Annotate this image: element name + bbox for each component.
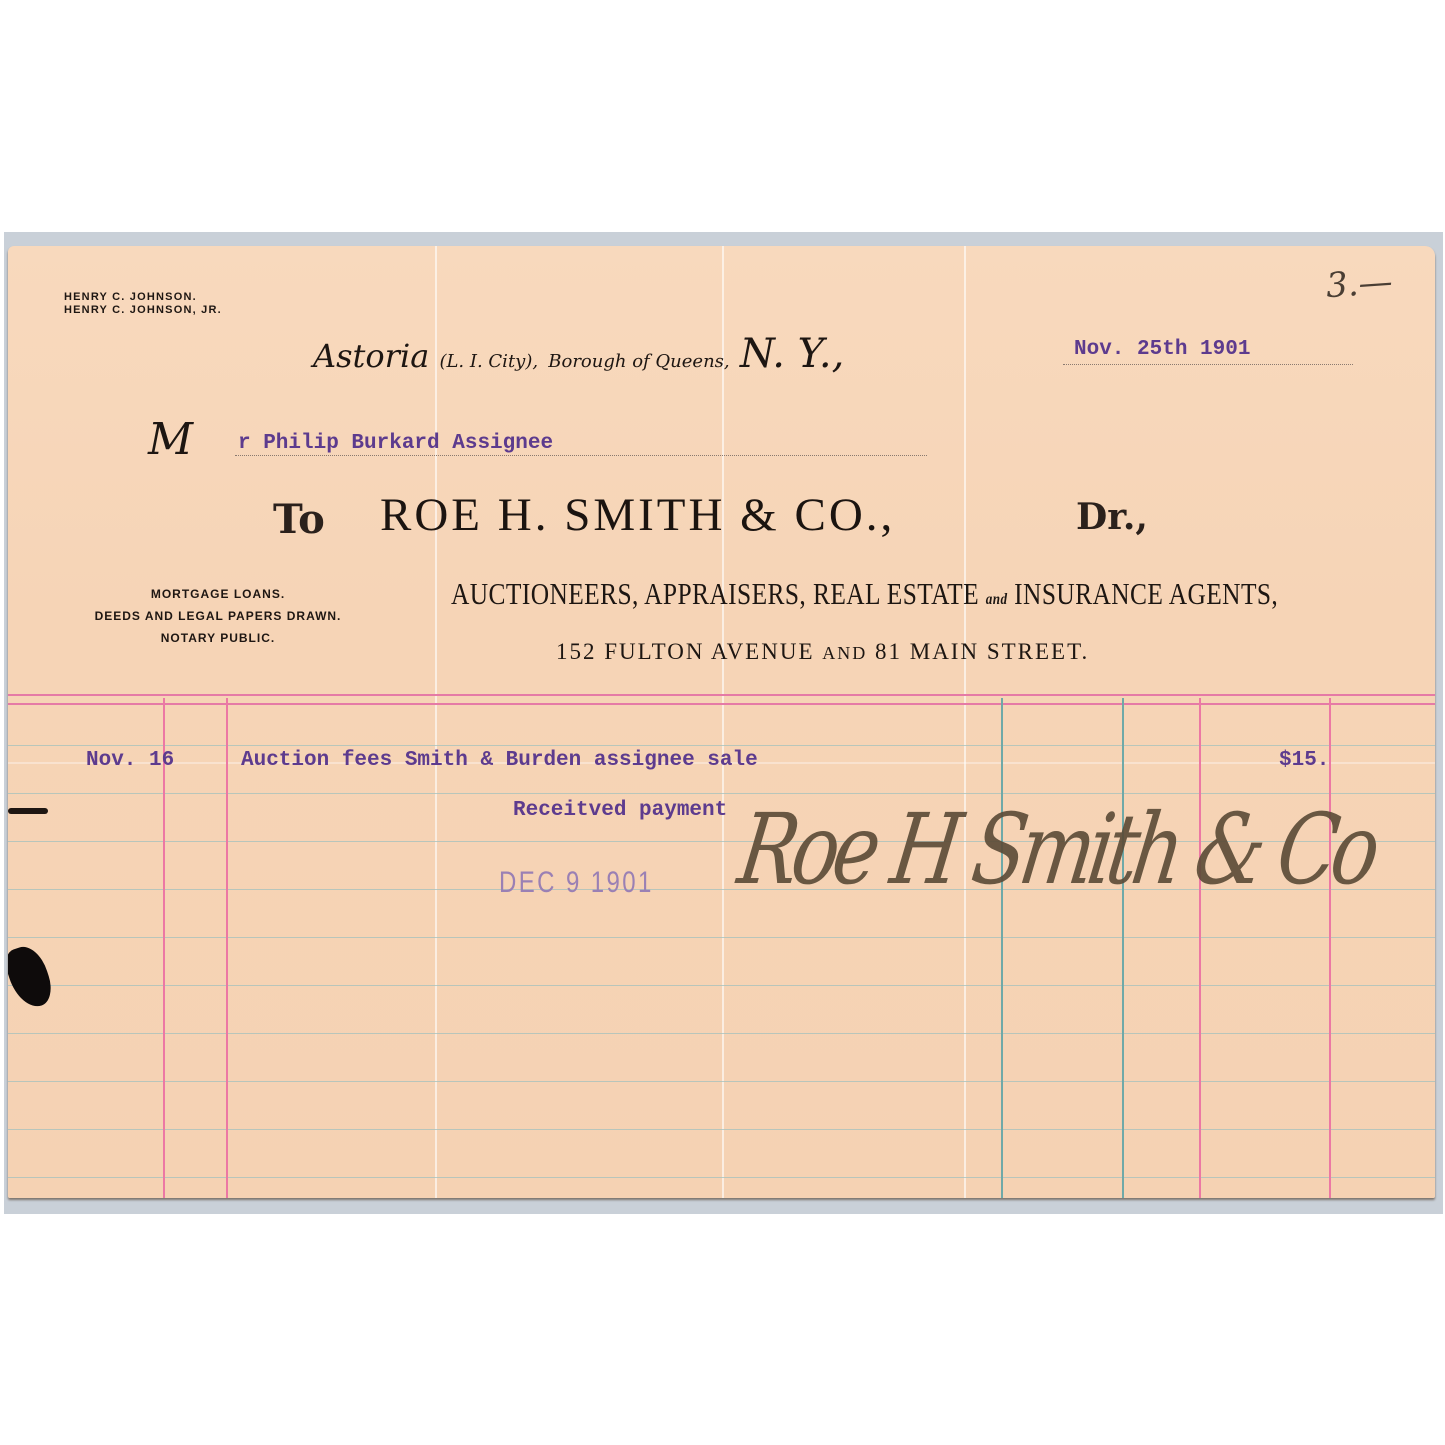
ledger-header-rule	[8, 694, 1435, 705]
ink-blot	[8, 942, 57, 1013]
side-service: NOTARY PUBLIC.	[68, 627, 368, 649]
corner-pencil-note: 3.—	[1325, 262, 1394, 307]
ledger-column-rule	[226, 698, 228, 1198]
payment-date-stamp: DEC 9 1901	[499, 866, 654, 900]
ledger-column-rule	[1329, 698, 1331, 1198]
ledger-column-rule	[1122, 698, 1124, 1198]
side-services: MORTGAGE LOANS. DEEDS AND LEGAL PAPERS D…	[68, 583, 368, 649]
line-item-date: Nov. 16	[86, 749, 174, 772]
ledger-column-rule	[163, 698, 165, 1198]
ledger-line	[8, 1177, 1435, 1178]
and-ornament: and	[986, 591, 1008, 608]
fold-crease	[722, 246, 724, 1198]
fold-crease	[964, 246, 966, 1198]
place-state: N. Y.,	[740, 331, 845, 377]
line-item-amount: $15.	[1279, 749, 1329, 772]
fold-crease	[435, 246, 437, 1198]
ink-mark	[8, 808, 48, 814]
salutation-prefix: M	[148, 414, 193, 465]
side-service: MORTGAGE LOANS.	[68, 583, 368, 605]
ledger-line	[8, 1129, 1435, 1130]
ledger-line	[8, 937, 1435, 938]
place-borough: Borough of Queens,	[548, 351, 729, 372]
invoice-paper: HENRY C. JOHNSON. HENRY C. JOHNSON, JR. …	[8, 246, 1435, 1198]
date-dotted-line	[1063, 364, 1353, 365]
ledger-line	[8, 745, 1435, 746]
payment-received-note: Receitved payment	[513, 799, 727, 822]
debtor-label: Dr.,	[1076, 496, 1148, 538]
to-label: To	[273, 496, 325, 543]
address-text: 81 MAIN STREET.	[875, 639, 1089, 664]
firm-address: 152 FULTON AVENUE AND 81 MAIN STREET.	[556, 639, 1089, 665]
recipient-name: r Philip Burkard Assignee	[238, 432, 553, 455]
recipient-dotted-line	[235, 455, 927, 456]
ledger-line	[8, 985, 1435, 986]
invoice-date: Nov. 25th 1901	[1074, 338, 1250, 361]
place-line: Astoria (L. I. City), Borough of Queens,…	[313, 331, 844, 377]
signature: Roe H Smith & Co	[732, 794, 1381, 907]
ledger-column-rule	[1001, 698, 1003, 1198]
line-item-description: Auction fees Smith & Burden assignee sal…	[241, 749, 758, 772]
ledger-line	[8, 1033, 1435, 1034]
ledger-line	[8, 1081, 1435, 1082]
place-city: Astoria	[313, 337, 429, 375]
firm-name: ROE H. SMITH & CO.,	[380, 488, 895, 542]
partner-names: HENRY C. JOHNSON. HENRY C. JOHNSON, JR.	[64, 291, 222, 317]
address-text: 152 FULTON AVENUE	[556, 639, 815, 664]
place-parenthetical: (L. I. City),	[439, 351, 538, 372]
services-text: INSURANCE AGENTS,	[1014, 576, 1278, 611]
side-service: DEEDS AND LEGAL PAPERS DRAWN.	[68, 605, 368, 627]
partner-name: HENRY C. JOHNSON.	[64, 291, 222, 304]
address-and: AND	[822, 643, 867, 663]
firm-services: AUCTIONEERS, APPRAISERS, REAL ESTATE and…	[451, 576, 1278, 612]
services-text: AUCTIONEERS, APPRAISERS, REAL ESTATE	[451, 576, 979, 611]
partner-name: HENRY C. JOHNSON, JR.	[64, 304, 222, 317]
ledger-column-rule	[1199, 698, 1201, 1198]
